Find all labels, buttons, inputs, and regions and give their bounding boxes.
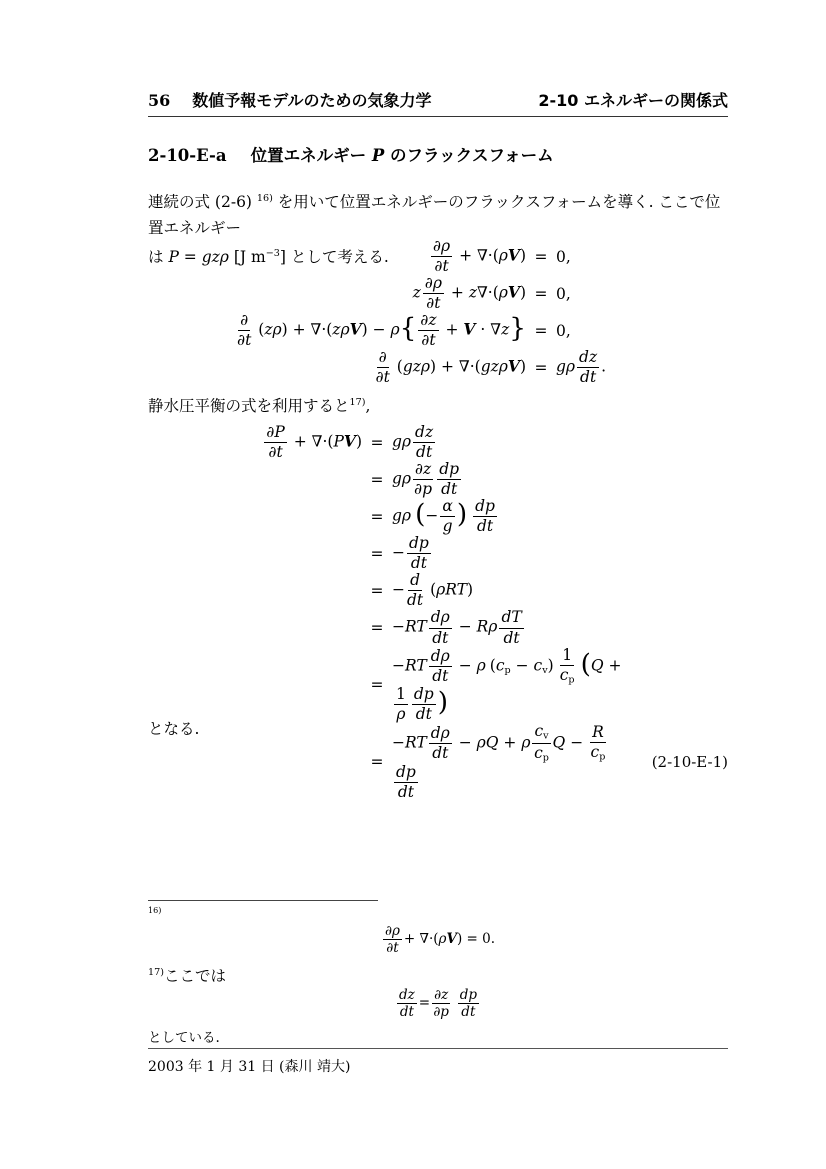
header-left: 56 数値予報モデルのための気象力学: [148, 88, 431, 111]
section-title-math: P: [372, 146, 384, 165]
equation-row: ∂ρ∂t + ∇·(ρV)=0,: [148, 238, 728, 275]
footnote-rule: [148, 900, 378, 901]
fraction: ∂∂t: [237, 312, 251, 349]
fraction: ddt: [407, 572, 423, 609]
footer-date: 2003 年 1 月 31 日 (森川 靖大): [148, 1059, 350, 1075]
footnote-area: 16) ∂ρ∂t + ∇·(ρV) = 0. 17)ここでは dzdt = ∂z…: [148, 900, 728, 1046]
footnote-16-equation: ∂ρ∂t + ∇·(ρV) = 0.: [148, 922, 728, 956]
fraction: dpdt: [407, 535, 431, 572]
fraction: αg: [440, 498, 454, 535]
footnote-17-line: 17)ここでは: [148, 964, 728, 986]
section-heading: 2-10-E-a 位置エネルギー P のフラックスフォーム: [148, 142, 728, 166]
equation-relation: =: [362, 676, 392, 694]
fraction: dzdt: [413, 424, 435, 461]
page-header: 56 数値予報モデルのための気象力学 2-10 エネルギーの関係式: [148, 88, 728, 117]
equation-row: ∂∂t (zρ) + ∇·(zρV) − ρ{∂z∂t + V · ∇z}=0,: [148, 312, 728, 349]
equation-rhs: gρdzdt: [392, 424, 636, 461]
running-section-title: 2-10 エネルギーの関係式: [538, 88, 728, 111]
page-footer: 2003 年 1 月 31 日 (森川 靖大): [148, 1048, 728, 1076]
equation-relation: =: [526, 248, 556, 266]
footnote-17-equation: dzdt = ∂z∂pdpdt: [148, 986, 728, 1020]
section-number: 2-10-E-a: [148, 146, 227, 165]
equation-relation: =: [362, 619, 392, 637]
fraction: dpdt: [458, 988, 479, 1019]
fraction: ∂z∂p: [432, 988, 450, 1019]
equation-relation: =: [362, 582, 392, 600]
chapter-title: 数値予報モデルのための気象力学: [192, 88, 431, 111]
equation-row: =−RTdρdt − RρdTdt: [148, 609, 728, 646]
closing-paragraph: となる.: [148, 716, 728, 742]
fraction: ∂ρ∂t: [383, 924, 402, 955]
equation-row: ∂∂t (gzρ) + ∇·(gzρV)=gρdzdt.: [148, 349, 728, 386]
fraction: dpdt: [437, 461, 461, 498]
equation-rhs: −dpdt: [392, 535, 636, 572]
equation-relation: =: [362, 545, 392, 563]
fraction: ∂z∂t: [418, 312, 438, 349]
equation-rhs: 0,: [556, 322, 728, 340]
fraction: dzdt: [577, 349, 599, 386]
page-number: 56: [148, 91, 170, 110]
equation-relation: =: [526, 285, 556, 303]
equation-lhs: z∂ρ∂t + z∇·(ρV): [148, 275, 526, 312]
equation-rhs: −ddt (ρRT): [392, 572, 636, 609]
equation-row: ∂P∂t + ∇·(PV)=gρdzdt: [148, 424, 728, 461]
equation-relation: =: [362, 753, 392, 771]
section-title-post: のフラックスフォーム: [384, 146, 553, 165]
equation-lhs: ∂ρ∂t + ∇·(ρV): [148, 238, 526, 275]
fraction: dρdt: [429, 609, 452, 646]
fraction: ∂ρ∂t: [423, 275, 444, 312]
equation-row: =−RTdρdt − ρ(cp − cv)1cp(Q + 1ρdpdt): [148, 647, 728, 723]
footnote-17-after: としている.: [148, 1026, 728, 1046]
equation-rhs: 0,: [556, 248, 728, 266]
equation-rhs: −RTdρdt − ρ(cp − cv)1cp(Q + 1ρdpdt): [392, 647, 636, 723]
equation-rhs: gρdzdt.: [556, 349, 728, 386]
equation-row: z∂ρ∂t + z∇·(ρV)=0,: [148, 275, 728, 312]
fraction: ∂∂t: [376, 349, 390, 386]
equation-relation: =: [362, 508, 392, 526]
footnote-16-marker: 16): [148, 906, 728, 922]
section-title: 位置エネルギー P のフラックスフォーム: [251, 142, 554, 166]
fraction: ∂P∂t: [264, 424, 286, 461]
equation-relation: =: [526, 359, 556, 377]
equation-block-continuity: ∂ρ∂t + ∇·(ρV)=0,z∂ρ∂t + z∇·(ρV)=0,∂∂t (z…: [148, 238, 728, 386]
equation-rhs: gρ∂z∂pdpdt: [392, 461, 636, 498]
intro-line-1: 連続の式 (2-6) 16) を用いて位置エネルギーのフラックスフォームを導く.…: [148, 186, 728, 241]
equation-relation: =: [362, 434, 392, 452]
fraction: 1cp: [560, 647, 575, 686]
equation-label: (2-10-E-1): [636, 753, 728, 771]
equation-lhs: ∂P∂t + ∇·(PV): [148, 424, 362, 461]
equation-rhs: gρ(−αg)dpdt: [392, 498, 636, 535]
fraction: ∂ρ∂t: [431, 238, 452, 275]
equation-rhs: −RTdρdt − RρdTdt: [392, 609, 636, 646]
equation-row: =−dpdt: [148, 535, 728, 572]
fraction: ∂z∂p: [413, 461, 433, 498]
equation-lhs: ∂∂t (zρ) + ∇·(zρV) − ρ{∂z∂t + V · ∇z}: [148, 312, 526, 349]
equation-row: =gρ∂z∂pdpdt: [148, 461, 728, 498]
equation-row: =gρ(−αg)dpdt: [148, 498, 728, 535]
equation-relation: =: [362, 471, 392, 489]
fraction: dzdt: [397, 988, 417, 1019]
equation-lhs: ∂∂t (gzρ) + ∇·(gzρV): [148, 349, 526, 386]
equation-row: =−ddt (ρRT): [148, 572, 728, 609]
fraction: dρdt: [429, 648, 452, 685]
equation-rhs: 0,: [556, 285, 728, 303]
section-title-pre: 位置エネルギー: [251, 146, 372, 165]
fraction: dTdt: [499, 609, 523, 646]
equation-relation: =: [526, 322, 556, 340]
fraction: dpdt: [473, 498, 497, 535]
fraction: dpdt: [394, 764, 418, 801]
hydrostatic-paragraph: 静水圧平衡の式を利用すると17),: [148, 390, 728, 419]
equation-block-flux-form: ∂P∂t + ∇·(PV)=gρdzdt=gρ∂z∂pdpdt=gρ(−αg)d…: [148, 424, 728, 801]
